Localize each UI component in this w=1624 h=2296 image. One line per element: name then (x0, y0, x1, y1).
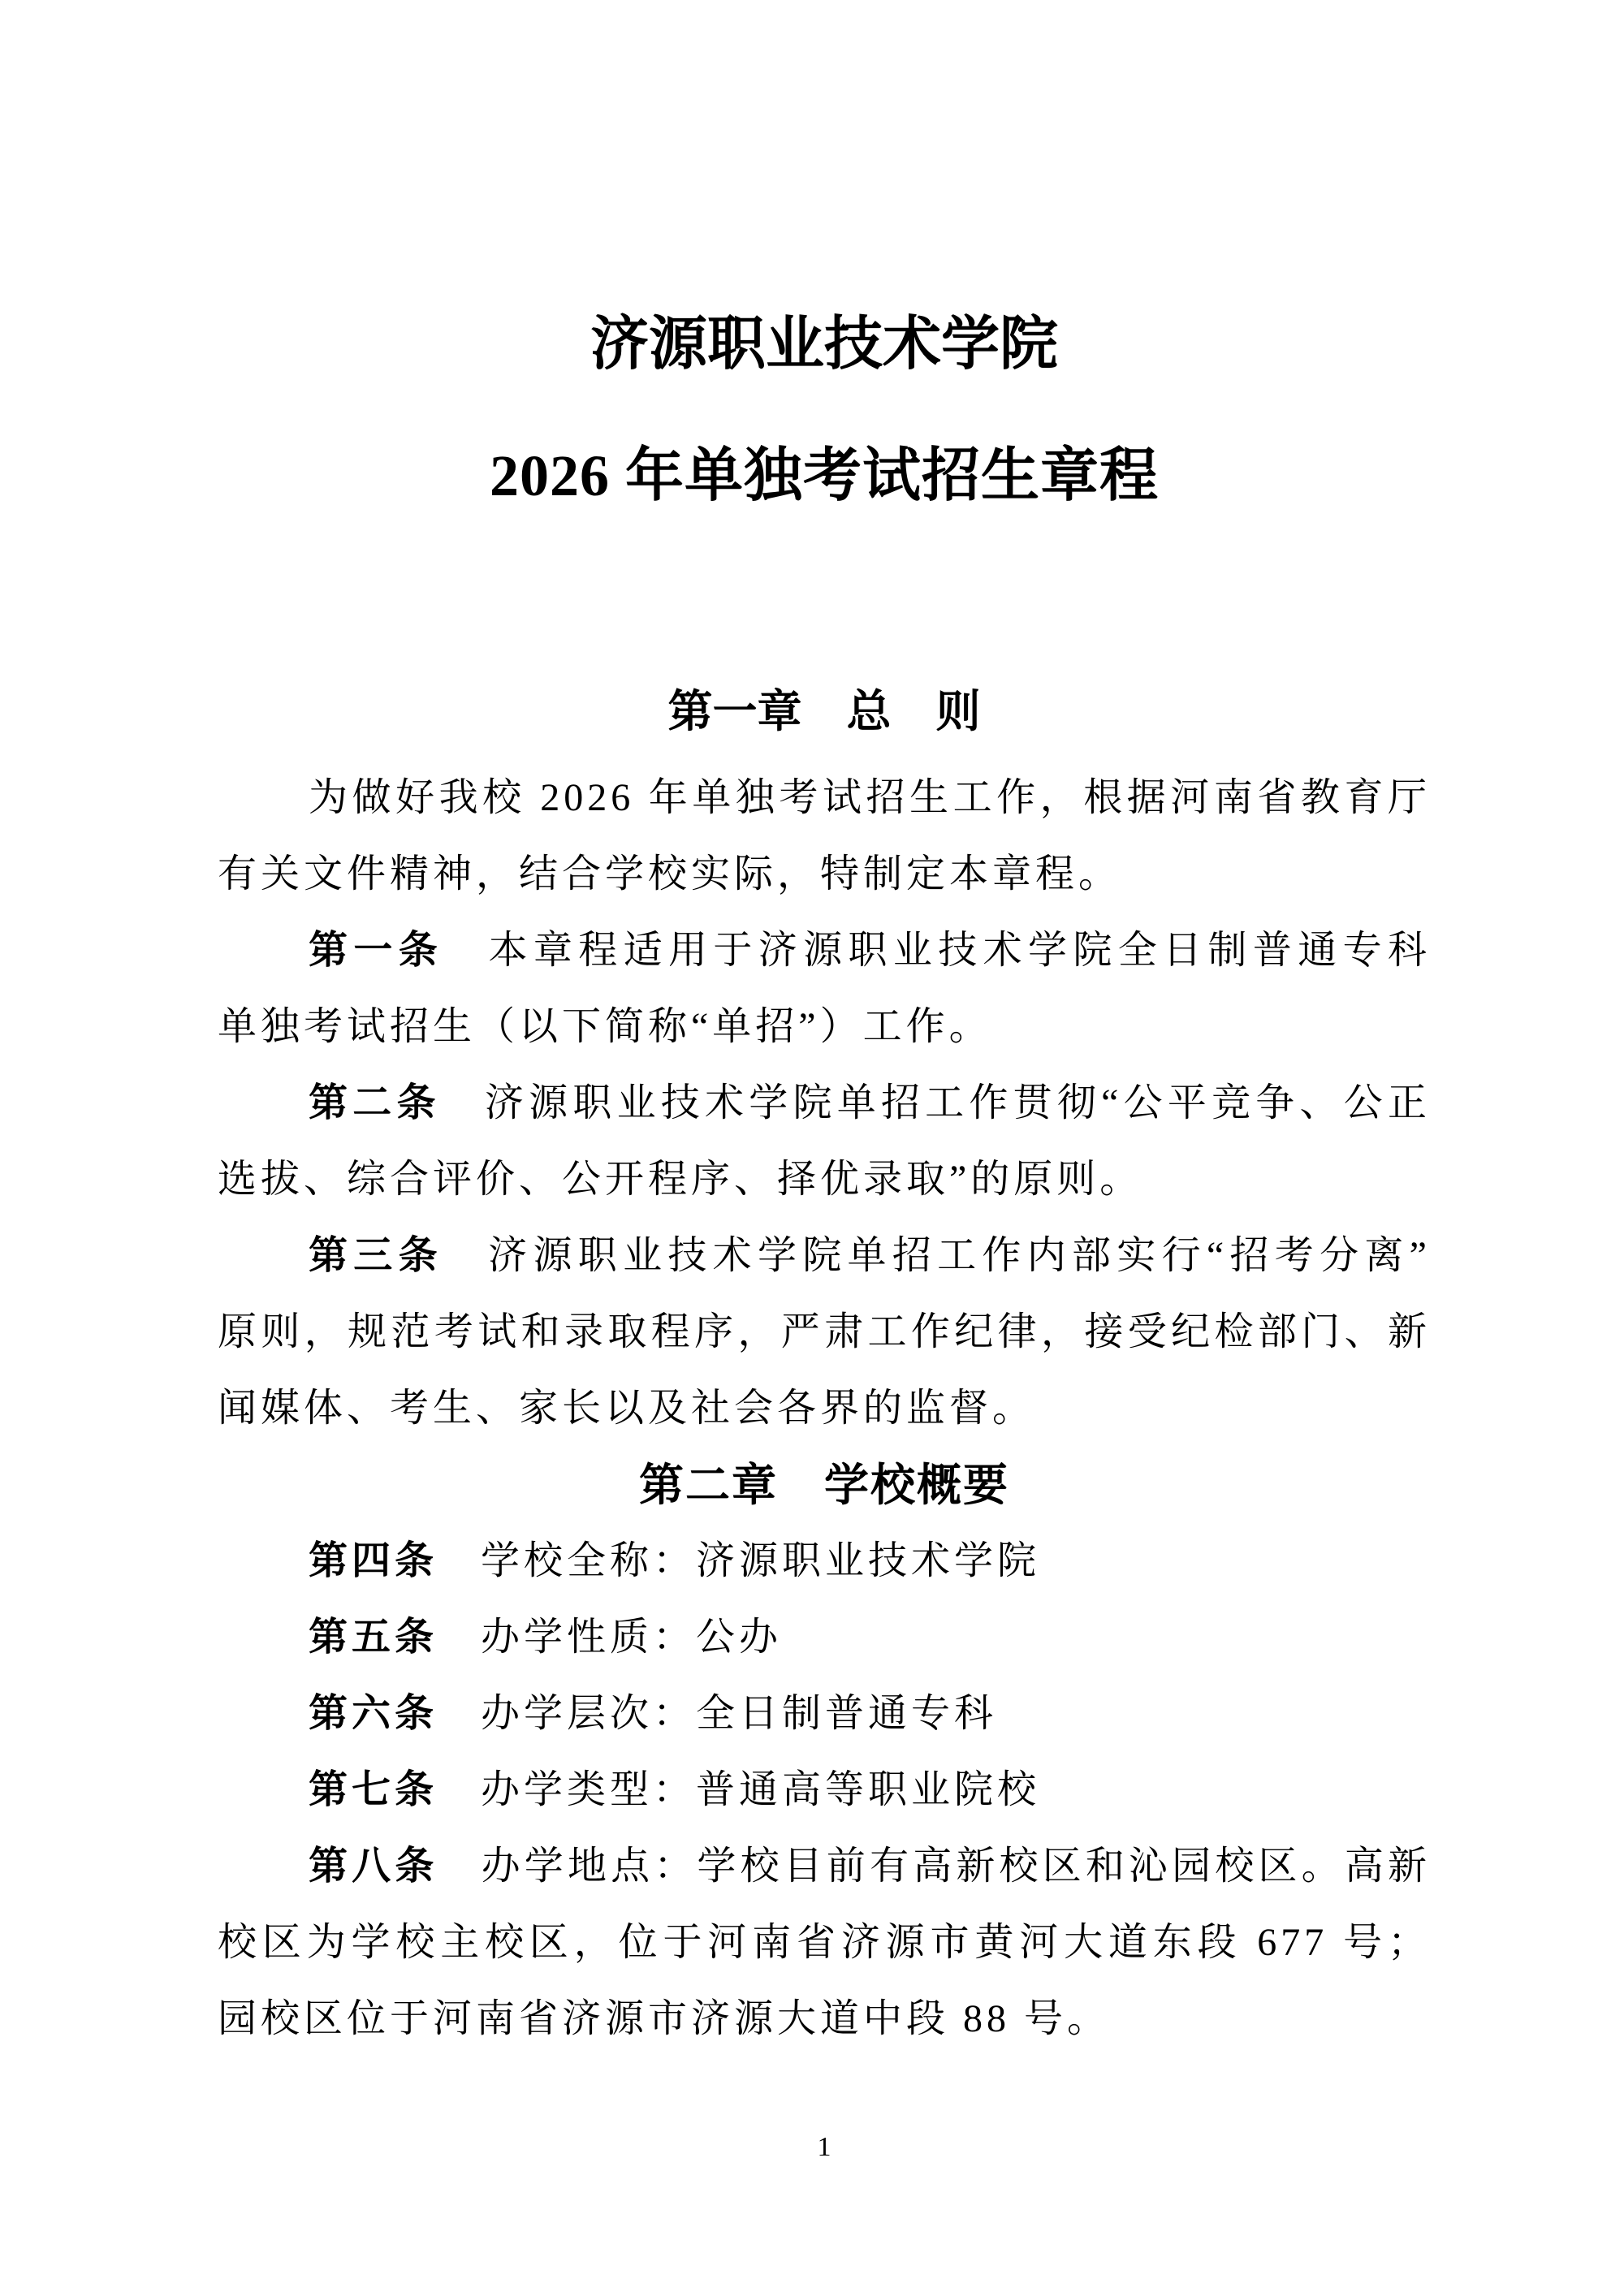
clause-2-line2: 选拔、综合评价、公开程序、择优录取”的原则。 (218, 1142, 1431, 1218)
clause-label: 第八条 (309, 1845, 438, 1888)
line-text: 济源职业技术学院单招工作贯彻“公平竞争、公正 (441, 1081, 1431, 1124)
line-text: 办学类型：普通高等职业院校 (438, 1768, 1040, 1811)
line-text: 选拔、综合评价、公开程序、择优录取”的原则。 (218, 1158, 1142, 1201)
clause-label: 第三条 (309, 1234, 443, 1277)
para-intro-line1: 为做好我校 2026 年单独考试招生工作，根据河南省教育厅 (218, 760, 1431, 836)
clause-3-line1: 第三条 济源职业技术学院单招工作内部实行“招考分离” (218, 1218, 1431, 1294)
clause-3-line3: 闻媒体、考生、家长以及社会各界的监督。 (218, 1370, 1431, 1447)
chapter1-heading: 第一章 总 则 (218, 688, 1431, 734)
line-text: 有关文件精神，结合学校实际，特制定本章程。 (218, 852, 1121, 896)
line-text: 本章程适用于济源职业技术学院全日制普通专科 (443, 929, 1431, 972)
clause-2-line1: 第二条 济源职业技术学院单招工作贯彻“公平竞争、公正 (218, 1065, 1431, 1142)
clause-7-line1: 第七条 办学类型：普通高等职业院校 (218, 1752, 1431, 1828)
clause-label: 第一条 (309, 929, 443, 972)
clause-label: 第六条 (309, 1692, 438, 1735)
line-text: 办学层次：全日制普通专科 (438, 1692, 997, 1735)
line-text: 为做好我校 2026 年单独考试招生工作，根据河南省教育厅 (309, 776, 1431, 819)
clause-3-line2: 原则，规范考试和录取程序，严肃工作纪律，接受纪检部门、新 (218, 1294, 1431, 1370)
document-title-line2: 2026 年单独考试招生章程 (218, 443, 1431, 508)
clause-4-line1: 第四条 学校全称：济源职业技术学院 (218, 1523, 1431, 1599)
clause-label: 第七条 (309, 1768, 438, 1811)
clause-1-line2: 单独考试招生（以下简称“单招”）工作。 (218, 989, 1431, 1065)
line-text: 济源职业技术学院单招工作内部实行“招考分离” (443, 1234, 1431, 1277)
line-text: 闻媒体、考生、家长以及社会各界的监督。 (218, 1387, 1035, 1430)
page-number: 1 (218, 2129, 1431, 2166)
line-text: 原则，规范考试和录取程序，严肃工作纪律，接受纪检部门、新 (218, 1310, 1431, 1353)
line-text: 办学性质：公办 (438, 1616, 782, 1659)
document-body: 为做好我校 2026 年单独考试招生工作，根据河南省教育厅有关文件精神，结合学校… (218, 760, 1431, 2057)
clause-8-line2: 校区为学校主校区，位于河南省济源市黄河大道东段 677 号；沁 (218, 1905, 1431, 1981)
chapter2-heading: 第二章 学校概要 (218, 1447, 1431, 1523)
line-text: 园校区位于河南省济源市济源大道中段 88 号。 (218, 1997, 1110, 2040)
line-text: 单独考试招生（以下简称“单招”）工作。 (218, 1005, 992, 1048)
line-text: 学校全称：济源职业技术学院 (438, 1539, 1040, 1582)
clause-8-line3: 园校区位于河南省济源市济源大道中段 88 号。 (218, 1981, 1431, 2057)
clause-6-line1: 第六条 办学层次：全日制普通专科 (218, 1676, 1431, 1752)
para-intro-line2: 有关文件精神，结合学校实际，特制定本章程。 (218, 836, 1431, 913)
line-text: 办学地点：学校目前有高新校区和沁园校区。高新 (438, 1845, 1431, 1888)
line-text: 校区为学校主校区，位于河南省济源市黄河大道东段 677 号；沁 (218, 1921, 1431, 1981)
clause-1-line1: 第一条 本章程适用于济源职业技术学院全日制普通专科 (218, 913, 1431, 989)
clause-label: 第四条 (309, 1539, 438, 1582)
clause-8-line1: 第八条 办学地点：学校目前有高新校区和沁园校区。高新 (218, 1828, 1431, 1905)
clause-label: 第二条 (309, 1081, 441, 1124)
document-title-line1: 济源职业技术学院 (218, 312, 1431, 377)
clause-5-line1: 第五条 办学性质：公办 (218, 1599, 1431, 1676)
clause-label: 第五条 (309, 1616, 438, 1659)
line-text: 第二章 学校概要 (639, 1460, 1009, 1510)
document-page: 济源职业技术学院 2026 年单独考试招生章程 第一章 总 则 为做好我校 20… (0, 0, 1624, 2296)
